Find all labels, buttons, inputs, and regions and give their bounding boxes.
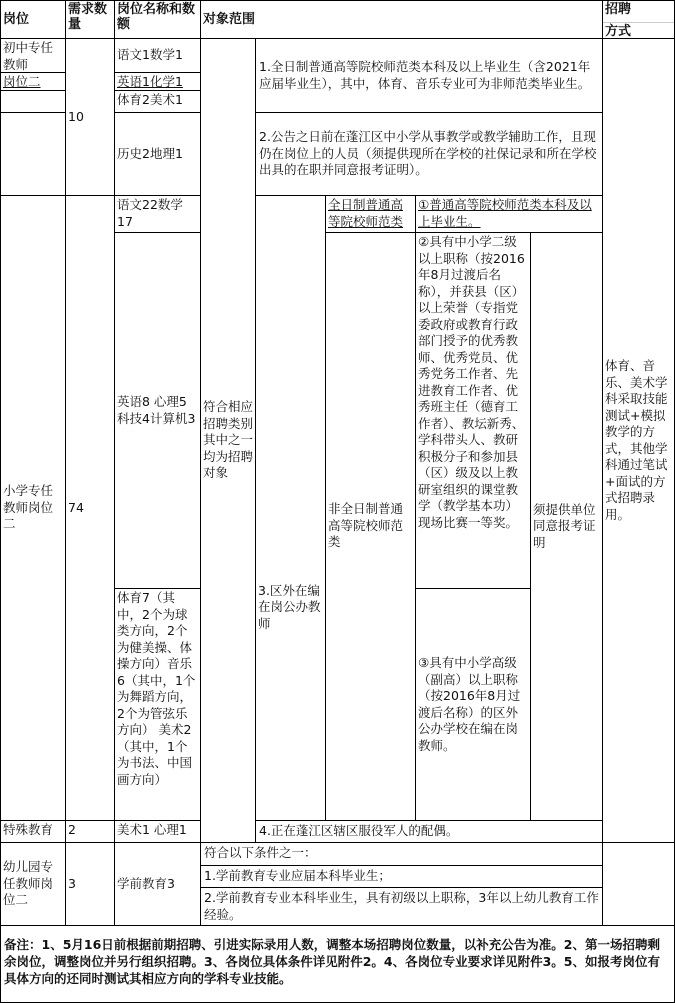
header-demand: 需求数量 [65, 0, 115, 39]
header-scope: 对象范围 [200, 0, 603, 39]
special-subjects: 美术1 心理1 [114, 820, 201, 843]
primary-post: 小学专任教师岗位二 [0, 195, 66, 821]
kindergarten-cond-header: 符合以下条件之一： [200, 842, 603, 866]
kindergarten-subjects: 学前教育3 [114, 842, 201, 926]
kindergarten-cond-1: 1.学前教育专业应届本科毕业生； [200, 865, 603, 888]
primary-subject-2: 英语8 心理5 科技4计算机3 [114, 232, 201, 589]
primary-scope-3: 3.区外在编在岗公办教师 [255, 195, 326, 821]
notes: 备注：1、5月16日前根据前期招聘、引进实际录用人数，调整本场招聘岗位数量，以补… [0, 925, 675, 1003]
primary-cond-3: ③具有中小学高级（副高）以上职称（按2016年8月过渡后名称）的区外公办学校在编… [415, 588, 531, 821]
junior-subject-4: 历史2地理1 [114, 112, 201, 196]
junior-post-blank-1 [0, 90, 66, 113]
junior-post-blank-2 [0, 112, 66, 196]
primary-count: 74 [65, 195, 115, 821]
kindergarten-post: 幼儿园专任教师岗位二 [0, 842, 66, 926]
kindergarten-count: 3 [65, 842, 115, 926]
junior-post-2: 岗位二 [0, 72, 66, 91]
junior-count: 10 [65, 38, 115, 196]
primary-method: 体育、音乐、美术学科采取技能测试+模拟教学的方式，其他学科通过笔试+面试的方式招… [602, 38, 675, 843]
header-method-line2: 方式 [603, 23, 674, 39]
eligibility-note: 符合相应招聘类别其中之一均为招聘对象 [200, 38, 256, 843]
primary-subject-1: 语文22数学17 [114, 195, 201, 233]
junior-subject-3: 体育2美术1 [114, 90, 201, 113]
primary-proof: 须提供单位同意报考证明 [530, 232, 603, 821]
header-method: 招聘 方式 [602, 0, 675, 39]
header-post-name: 岗位名称和数额 [114, 0, 201, 39]
header-method-line1: 招聘 [603, 1, 674, 23]
header-post: 岗位 [0, 0, 66, 39]
special-post: 特殊教育 [0, 820, 66, 843]
primary-cond-2: ②具有中小学二级以上职称（按2016年8月过渡后名称），并获县（区）以上荣誉（专… [415, 232, 531, 589]
kindergarten-method [602, 842, 675, 926]
primary-fulltime-cond: ①普通高等院校师范类本科及以上毕业生。 [415, 195, 603, 233]
primary-subject-3: 体育7（其中，2个为球类方向，2个为健美操、体操方向）音乐6（其中，1个为舞蹈方… [114, 588, 201, 821]
junior-scope-1: 1.全日制普通高等院校师范类本科及以上毕业生（含2021年应届毕业生），其中，体… [255, 38, 603, 113]
special-count: 2 [65, 820, 115, 843]
special-scope-4: 4.正在蓬江区辖区服役军人的配偶。 [255, 820, 603, 843]
junior-subject-2: 英语1化学1 [114, 72, 201, 91]
primary-fulltime-label: 全日制普通高等院校师范类 [325, 195, 416, 233]
primary-parttime-label: 非全日制普通高等院校师范类 [325, 232, 416, 821]
junior-subject-1: 语文1数学1 [114, 38, 201, 73]
kindergarten-cond-2: 2.学前教育专业本科毕业生，具有初级以上职称，3年以上幼儿教育工作经验。 [200, 887, 603, 926]
junior-post: 初中专任教师 [0, 38, 66, 73]
junior-scope-2: 2.公告之日前在蓬江区中小学从事教学或教学辅助工作，且现仍在岗位上的人员（须提供… [255, 112, 603, 196]
